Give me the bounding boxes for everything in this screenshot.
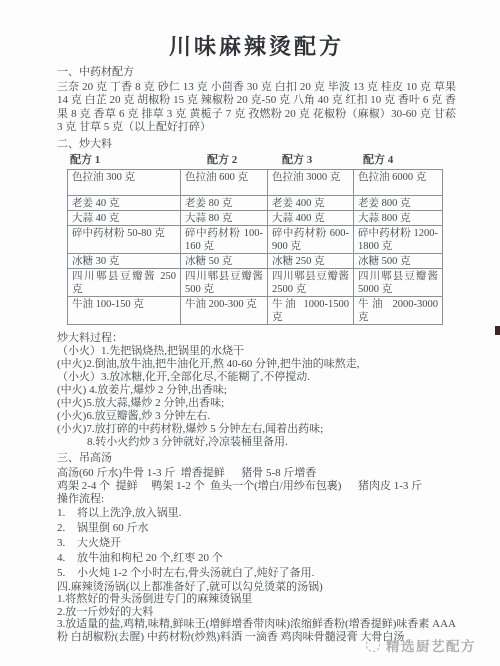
table-cell: 四川郫县豆瓣酱 250 克	[68, 268, 181, 296]
flow-step-number: 3.	[57, 536, 77, 551]
flow-step-number: 5.	[57, 566, 77, 581]
process-step: 8.转小火约炒 3 分钟就好,冷凉装桶里备用.	[57, 436, 456, 449]
table-cell: 色拉油 300 克	[68, 169, 181, 195]
flow-heading: 操作流程:	[57, 493, 456, 506]
process-step: (中火)2.倒油,放牛油,把牛油化开,熬 40-60 分钟,把牛油的味熬走,	[57, 358, 456, 371]
table-cell: 冰糖 250 克	[268, 253, 354, 268]
section2-heading: 二、炒大料	[57, 138, 456, 151]
watermark-text: 精选厨艺配方	[386, 635, 476, 655]
table-cell: 老姜 40 克	[68, 195, 181, 210]
process-step: (中火) 4.放姜片,爆炒 2 分钟,出香味;	[57, 384, 456, 397]
flow-step: 4. 放牛油和枸杞 20 个,红枣 20 个	[57, 551, 456, 566]
flow-step-text: 大火烧开	[77, 536, 121, 551]
table-cell: 冰糖 500 克	[354, 253, 443, 268]
table-row: 大蒜 40 克 大蒜 80 克 大蒜 400 克 大蒜 800 克	[68, 210, 443, 225]
table-cell: 碎中药材粉 50-80 克	[68, 225, 181, 253]
section1-heading: 一、中药材配方	[57, 66, 456, 79]
table-cell: 四川郫县豆瓣酱 5000 克	[354, 268, 443, 296]
table-cell: 色拉油 6000 克	[354, 169, 443, 195]
document-page: 川味麻辣烫配方 一、中药材配方 三奈 20 克 丁香 8 克 砂仁 13 克 小…	[0, 0, 500, 666]
page-title: 川味麻辣烫配方	[57, 40, 456, 53]
table-cell: 老姜 80 克	[181, 195, 268, 210]
table-cell: 大蒜 40 克	[68, 210, 181, 225]
table-row: 色拉油 300 克 色拉油 600 克 色拉油 3000 克 色拉油 6000 …	[68, 169, 443, 195]
flow-step: 2. 锅里倒 60 斤水	[57, 521, 456, 536]
process-step: (小火)7.放打碎的中药材粉,爆炒 5 分钟左右,闻着出药味;	[57, 423, 456, 436]
document-content: 川味麻辣烫配方 一、中药材配方 三奈 20 克 丁香 8 克 砂仁 13 克 小…	[57, 40, 456, 644]
table-header-row: 配方 1 配方 2 配方 3 配方 4	[57, 154, 456, 169]
table-cell: 牛油 200-300 克	[181, 296, 268, 324]
flow-step: 5. 小火炖 1-2 个小时左右,骨头汤就白了,炖好了备用.	[57, 566, 456, 581]
table-cell: 大蒜 400 克	[268, 210, 354, 225]
table-cell: 四川郫县豆瓣酱 2500 克	[268, 268, 354, 296]
section4-heading: 四.麻辣烫汤锅(以上都准备好了,就可以勾兑烫菜的汤锅)	[57, 581, 456, 594]
table-cell: 碎中药材粉 600-900 克	[268, 225, 354, 253]
table-header-4: 配方 4	[363, 154, 393, 167]
flow-step-text: 锅里倒 60 斤水	[77, 521, 149, 536]
section1-body: 三奈 20 克 丁香 8 克 砂仁 13 克 小茴香 30 克 白扣 20 克 …	[57, 81, 456, 135]
flow-step-number: 2.	[57, 521, 77, 536]
table-row: 牛油 100-150 克 牛油 200-300 克 牛油 1000-1500 克…	[68, 296, 443, 324]
table-header-2: 配方 2	[207, 154, 237, 167]
flow-step-number: 4.	[57, 551, 77, 566]
table-cell: 老姜 400 克	[268, 195, 354, 210]
page-edge-mark	[495, 326, 500, 335]
soup-ingredients-line: 鸡架 2-4 个 提鲜 鸭架 1-2 个 鱼头一个(增白/用纱布包裹) 猪肉皮 …	[57, 480, 456, 493]
table-cell: 大蒜 800 克	[354, 210, 443, 225]
flow-step-text: 将以上洗净,放入锅里.	[77, 506, 182, 521]
table-cell: 色拉油 600 克	[181, 169, 268, 195]
hotpot-step: 1.将熬好的骨头汤倒进专门的麻辣烫锅里	[57, 593, 456, 606]
table-row: 四川郫县豆瓣酱 250 克 四川郫县豆瓣酱 500 克 四川郫县豆瓣酱 2500…	[68, 268, 443, 296]
watermark-logo-icon	[366, 638, 380, 652]
table-cell: 牛油 100-150 克	[68, 296, 181, 324]
stirfry-process: 炒大料过程： （小火）1.先把锅烧热,把锅里的水烧干 (中火)2.倒油,放牛油,…	[57, 332, 456, 449]
flow-step: 1. 将以上洗净,放入锅里.	[57, 506, 456, 521]
process-step: （小火）3.放冰糖,化开,全部化尽,不能糊了,不停搅动.	[57, 371, 456, 384]
flow-step: 3. 大火烧开	[57, 536, 456, 551]
table-cell: 碎中药材粉 100-160 克	[181, 225, 268, 253]
process-step: （小火）1.先把锅烧热,把锅里的水烧干	[57, 345, 456, 358]
table-cell: 牛油 2000-3000 克	[354, 296, 443, 324]
table-row: 老姜 40 克 老姜 80 克 老姜 400 克 老姜 800 克	[68, 195, 443, 210]
table-row: 碎中药材粉 50-80 克 碎中药材粉 100-160 克 碎中药材粉 600-…	[68, 225, 443, 253]
table-cell: 老姜 800 克	[354, 195, 443, 210]
watermark: 精选厨艺配方	[366, 635, 476, 655]
table-cell: 牛油 1000-1500 克	[268, 296, 354, 324]
table-cell: 碎中药材粉 1200-1800 克	[354, 225, 443, 253]
flow-step-text: 放牛油和枸杞 20 个,红枣 20 个	[77, 551, 223, 566]
table-cell: 冰糖 50 克	[181, 253, 268, 268]
table-header-1: 配方 1	[70, 154, 100, 167]
soup-ingredients-line: 高汤(60 斤水)牛骨 1-3 斤 增香提鲜 猪骨 5-8 斤增香	[57, 467, 456, 480]
table-cell: 四川郫县豆瓣酱 500 克	[181, 268, 268, 296]
soup-section: 三、吊高汤 高汤(60 斤水)牛骨 1-3 斤 增香提鲜 猪骨 5-8 斤增香 …	[57, 452, 456, 581]
table-row: 冰糖 30 克 冰糖 50 克 冰糖 250 克 冰糖 500 克	[68, 253, 443, 268]
section3-heading: 三、吊高汤	[57, 452, 456, 465]
table-cell: 色拉油 3000 克	[268, 169, 354, 195]
hotpot-step: 2.放一斤炒好的大料	[57, 606, 456, 619]
table-cell: 冰糖 30 克	[68, 253, 181, 268]
formula-table: 色拉油 300 克 色拉油 600 克 色拉油 3000 克 色拉油 6000 …	[67, 169, 443, 325]
process-step: (中火)5.放大蒜,爆炒 2 分钟,出香味;	[57, 397, 456, 410]
table-cell: 大蒜 80 克	[181, 210, 268, 225]
flow-step-number: 1.	[57, 506, 77, 521]
table-header-3: 配方 3	[282, 154, 312, 167]
process-step: (小火)6.放豆瓣酱,炒 3 分钟左右.	[57, 410, 456, 423]
process-heading: 炒大料过程：	[57, 332, 456, 345]
flow-step-text: 小火炖 1-2 个小时左右,骨头汤就白了,炖好了备用.	[77, 566, 314, 581]
